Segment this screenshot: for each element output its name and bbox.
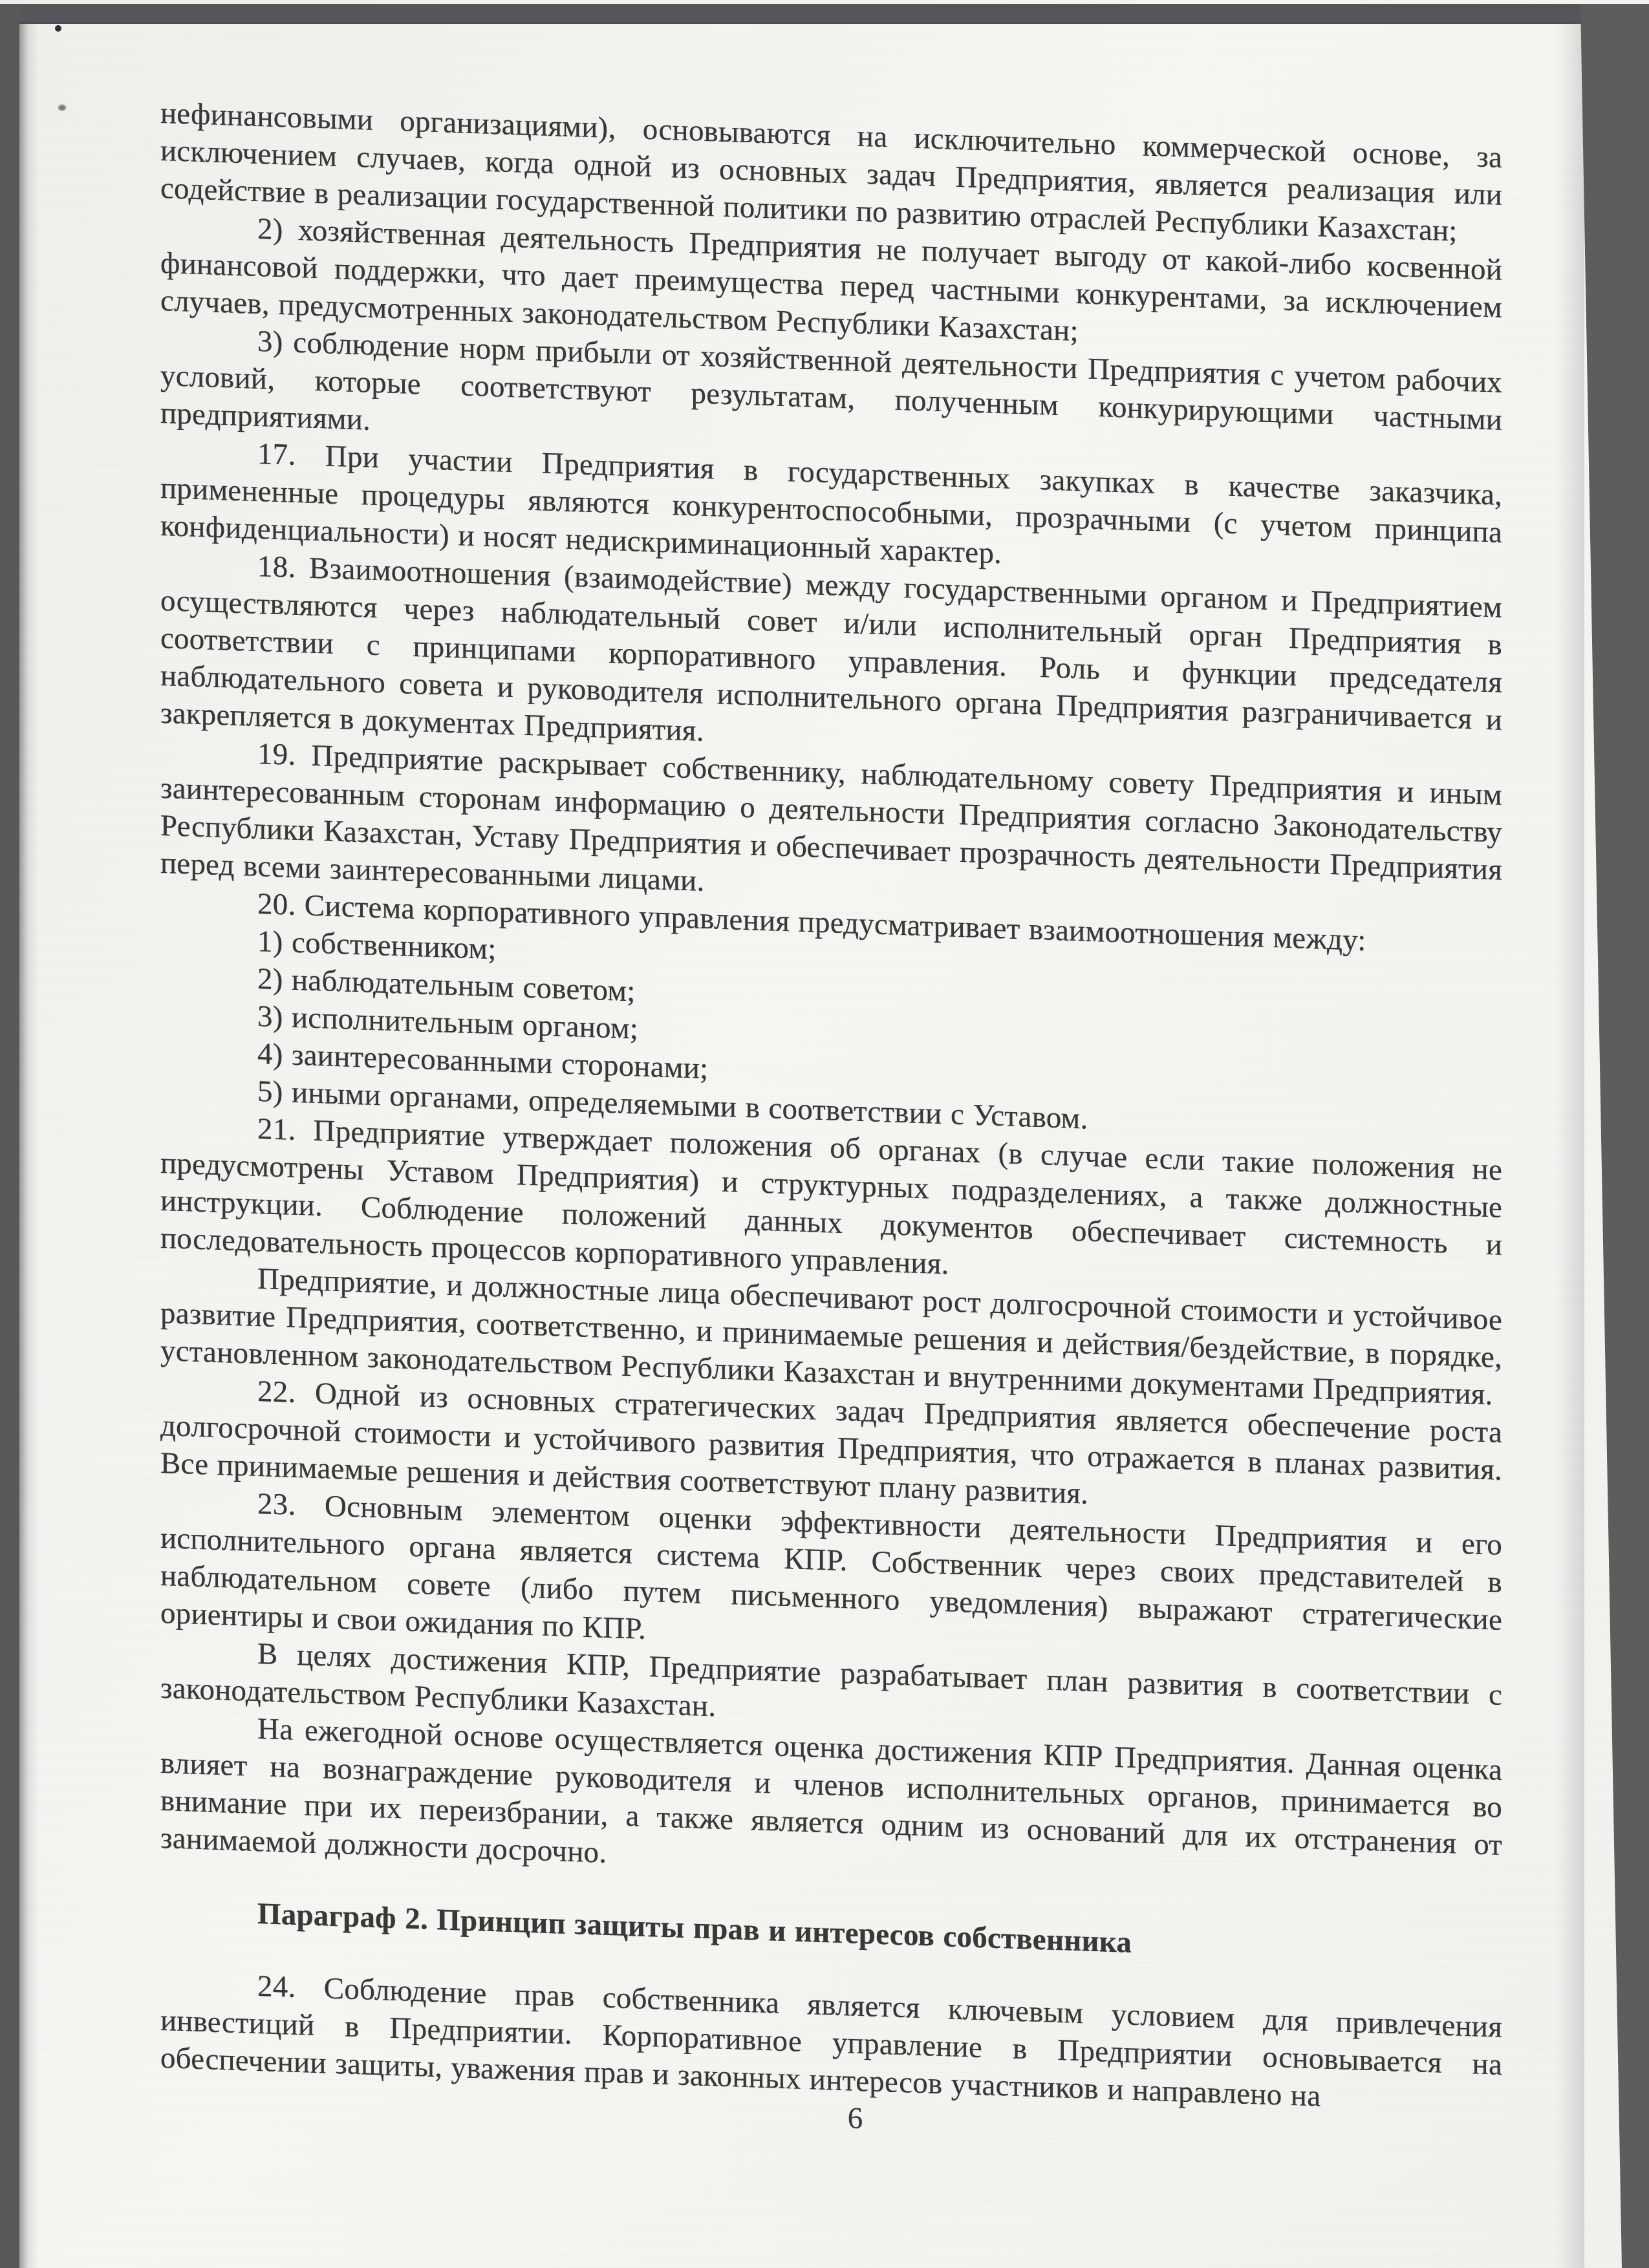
scanned-page: нефинансовыми организациями), основывают… bbox=[0, 0, 1649, 2268]
paper-edge-shadow-right bbox=[1556, 22, 1584, 2268]
scanner-edge-left bbox=[0, 4, 19, 2268]
scanner-edge-top bbox=[0, 4, 1649, 24]
document-paragraphs: нефинансовыми организациями), основывают… bbox=[160, 94, 1502, 2121]
paper-edge-shadow-left bbox=[19, 22, 39, 2268]
section-heading: Параграф 2. Принцип защиты прав и интере… bbox=[160, 1892, 1502, 1974]
document-body: нефинансовыми организациями), основывают… bbox=[160, 94, 1502, 2159]
scanner-edge-right bbox=[1578, 4, 1649, 2268]
scan-speck bbox=[55, 25, 61, 32]
scan-speck bbox=[58, 104, 67, 111]
